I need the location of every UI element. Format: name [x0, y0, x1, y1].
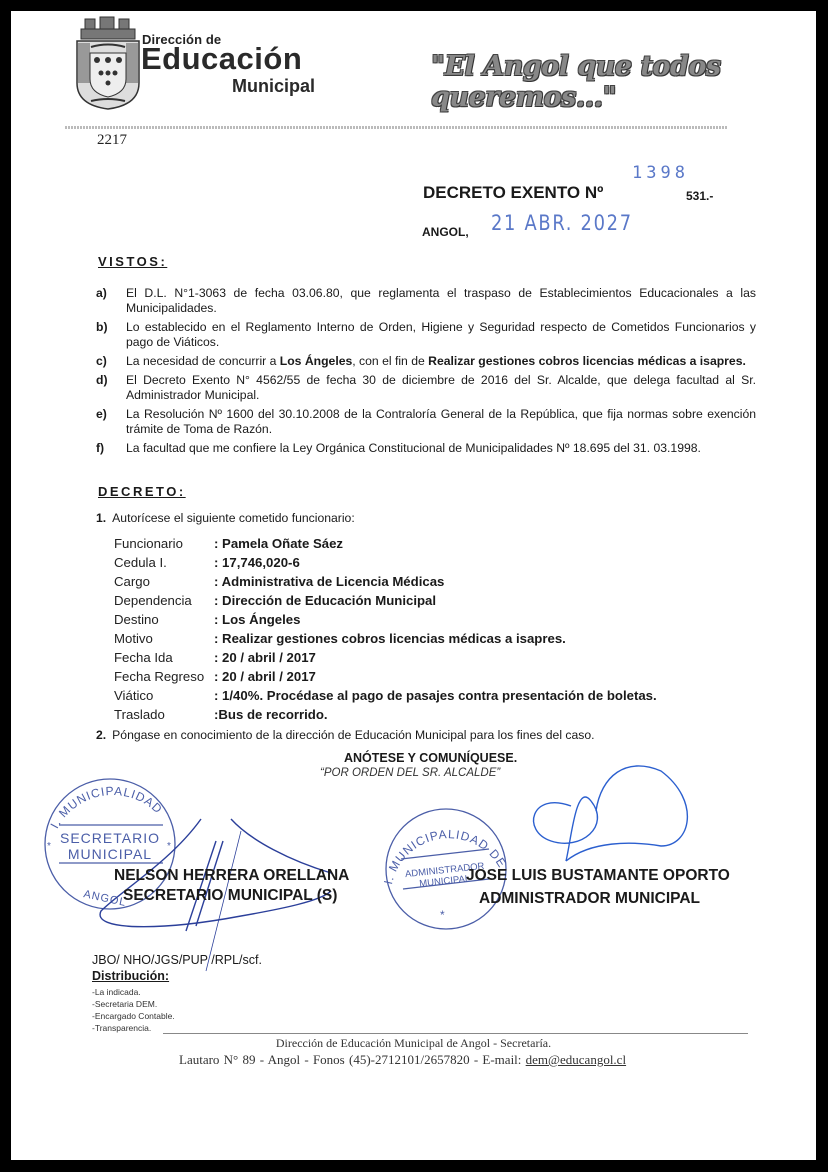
field-label: Destino — [114, 610, 214, 629]
field-row: Dependencia: Dirección de Educación Muni… — [114, 591, 657, 610]
decree-title: DECRETO EXENTO Nº — [423, 183, 603, 203]
document-page: Dirección de Educación Municipal "El Ang… — [11, 11, 816, 1160]
field-label: Cargo — [114, 572, 214, 591]
decreto-heading: DECRETO: — [98, 484, 186, 499]
field-row: Cargo: Administrativa de Licencia Médica… — [114, 572, 657, 591]
svg-text:ANGOL: ANGOL — [82, 888, 127, 909]
date-stamp: 21 ABR. 2027 — [491, 211, 633, 235]
svg-text:MUNICIPAL: MUNICIPAL — [68, 846, 152, 862]
slogan: "El Angol que todos queremos..." — [431, 51, 816, 113]
svg-text:MUNICIPAL: MUNICIPAL — [419, 873, 471, 889]
vistos-item: c) La necesidad de concurrir a Los Ángel… — [96, 354, 756, 369]
field-label: Fecha Ida — [114, 648, 214, 667]
decreto-item-2: 2.Póngase en conocimiento de la direcció… — [96, 728, 595, 742]
vistos-item-text: La Resolución Nº 1600 del 30.10.2008 de … — [126, 407, 756, 437]
signature-right-icon — [534, 766, 688, 861]
footer-address: Lautaro N° 89 - Angol - Fonos (45)-27121… — [179, 1052, 526, 1067]
item-text: Autorícese el siguiente cometido funcion… — [112, 511, 355, 525]
vistos-item: a) El D.L. N°1-3063 de fecha 03.06.80, q… — [96, 286, 756, 316]
svg-text:*: * — [167, 841, 171, 852]
header-divider — [65, 126, 727, 129]
svg-text:SECRETARIO: SECRETARIO — [60, 830, 160, 846]
field-label: Traslado — [114, 705, 214, 724]
distribution-list: -La indicada. -Secretaria DEM. -Encargad… — [92, 986, 175, 1034]
destination-bold: Los Ángeles — [280, 354, 352, 368]
signer-right-role: ADMINISTRADOR MUNICIPAL — [479, 890, 700, 908]
field-value: : Administrativa de Licencia Médicas — [214, 572, 444, 591]
vistos-heading: VISTOS: — [98, 254, 167, 269]
field-value: : Realizar gestiones cobros licencias mé… — [214, 629, 566, 648]
commission-fields: Funcionario: Pamela Oñate SáezCedula I.:… — [114, 534, 657, 724]
vistos-item: d) El Decreto Exento N° 4562/55 de fecha… — [96, 373, 756, 403]
signer-left-role: SECRETARIO MUNICIPAL (S) — [123, 887, 337, 905]
decree-suffix: 531.- — [686, 189, 713, 203]
field-value: : 17,746,020-6 — [214, 553, 300, 572]
distribution-item: -Encargado Contable. — [92, 1010, 175, 1022]
vistos-item-label: f) — [96, 441, 126, 456]
decreto-item-1: 1.Autorícese el siguiente cometido funci… — [96, 511, 355, 525]
vistos-item: f) La facultad que me confiere la Ley Or… — [96, 441, 756, 456]
distribution-item: -Secretaria DEM. — [92, 998, 175, 1010]
footer-line2: Lautaro N° 89 - Angol - Fonos (45)-27121… — [179, 1052, 626, 1068]
vistos-item-label: e) — [96, 407, 126, 437]
field-row: Cedula I.: 17,746,020-6 — [114, 553, 657, 572]
item-text: Póngase en conocimiento de la dirección … — [112, 728, 594, 742]
field-row: Viático: 1/40%. Procédase al pago de pas… — [114, 686, 657, 705]
distribution-item: -La indicada. — [92, 986, 175, 998]
field-label: Fecha Regreso — [114, 667, 214, 686]
text-segment: , con el fin de — [352, 354, 428, 368]
vistos-list: a) El D.L. N°1-3063 de fecha 03.06.80, q… — [96, 286, 756, 460]
field-value: : Pamela Oñate Sáez — [214, 534, 343, 553]
coat-of-arms-icon — [73, 13, 143, 111]
purpose-bold: Realizar gestiones cobros licencias médi… — [428, 354, 746, 368]
item-number: 1. — [96, 511, 106, 525]
svg-text:*: * — [440, 908, 445, 922]
field-value: : Dirección de Educación Municipal — [214, 591, 436, 610]
initials: JBO/ NHO/JGS/PUP /RPL/scf. — [92, 953, 262, 967]
field-value: : Los Ángeles — [214, 610, 300, 629]
field-row: Motivo: Realizar gestiones cobros licenc… — [114, 629, 657, 648]
footer-divider — [163, 1033, 748, 1034]
distribution-heading: Distribución: — [92, 969, 169, 983]
vistos-item-label: c) — [96, 354, 126, 369]
field-label: Dependencia — [114, 591, 214, 610]
field-label: Cedula I. — [114, 553, 214, 572]
field-row: Traslado:Bus de recorrido. — [114, 705, 657, 724]
field-value: : 1/40%. Procédase al pago de pasajes co… — [214, 686, 657, 705]
field-value: :Bus de recorrido. — [214, 705, 328, 724]
item-number: 2. — [96, 728, 106, 742]
svg-text:*: * — [47, 841, 51, 852]
field-row: Fecha Regreso: 20 / abril / 2017 — [114, 667, 657, 686]
vistos-item-text: La facultad que me confiere la Ley Orgán… — [126, 441, 756, 456]
vistos-item-text: El D.L. N°1-3063 de fecha 03.06.80, que … — [126, 286, 756, 316]
field-label: Viático — [114, 686, 214, 705]
field-row: Funcionario: Pamela Oñate Sáez — [114, 534, 657, 553]
field-row: Fecha Ida: 20 / abril / 2017 — [114, 648, 657, 667]
anotese-text: ANÓTESE Y COMUNÍQUESE. — [344, 751, 517, 765]
decree-stamp-number: 1398 — [632, 163, 689, 183]
city-label: ANGOL, — [422, 225, 469, 239]
text-segment: La necesidad de concurrir a — [126, 354, 280, 368]
vistos-item-label: b) — [96, 320, 126, 350]
vistos-item: b) Lo establecido en el Reglamento Inter… — [96, 320, 756, 350]
vistos-item: e) La Resolución Nº 1600 del 30.10.2008 … — [96, 407, 756, 437]
vistos-item-text: Lo establecido en el Reglamento Interno … — [126, 320, 756, 350]
footer-line1: Dirección de Educación Municipal de Ango… — [11, 1036, 816, 1051]
svg-text:I. MUNICIPALIDAD: I. MUNICIPALIDAD — [48, 784, 166, 831]
brand-line2: Educación — [141, 41, 302, 77]
brand-line3: Municipal — [232, 76, 315, 97]
field-label: Motivo — [114, 629, 214, 648]
document-number: 2217 — [97, 132, 127, 149]
vistos-item-label: a) — [96, 286, 126, 316]
field-value: : 20 / abril / 2017 — [214, 648, 316, 667]
field-label: Funcionario — [114, 534, 214, 553]
field-row: Destino: Los Ángeles — [114, 610, 657, 629]
field-value: : 20 / abril / 2017 — [214, 667, 316, 686]
signer-left-name: NELSON HERRERA ORELLANA — [114, 867, 349, 885]
por-orden-text: “POR ORDEN DEL SR. ALCALDE” — [320, 767, 500, 779]
vistos-item-text: La necesidad de concurrir a Los Ángeles,… — [126, 354, 756, 369]
vistos-item-label: d) — [96, 373, 126, 403]
email-link[interactable]: dem@educangol.cl — [526, 1052, 626, 1067]
signer-right-name: JOSE LUIS BUSTAMANTE OPORTO — [466, 867, 730, 885]
vistos-item-text: El Decreto Exento N° 4562/55 de fecha 30… — [126, 373, 756, 403]
